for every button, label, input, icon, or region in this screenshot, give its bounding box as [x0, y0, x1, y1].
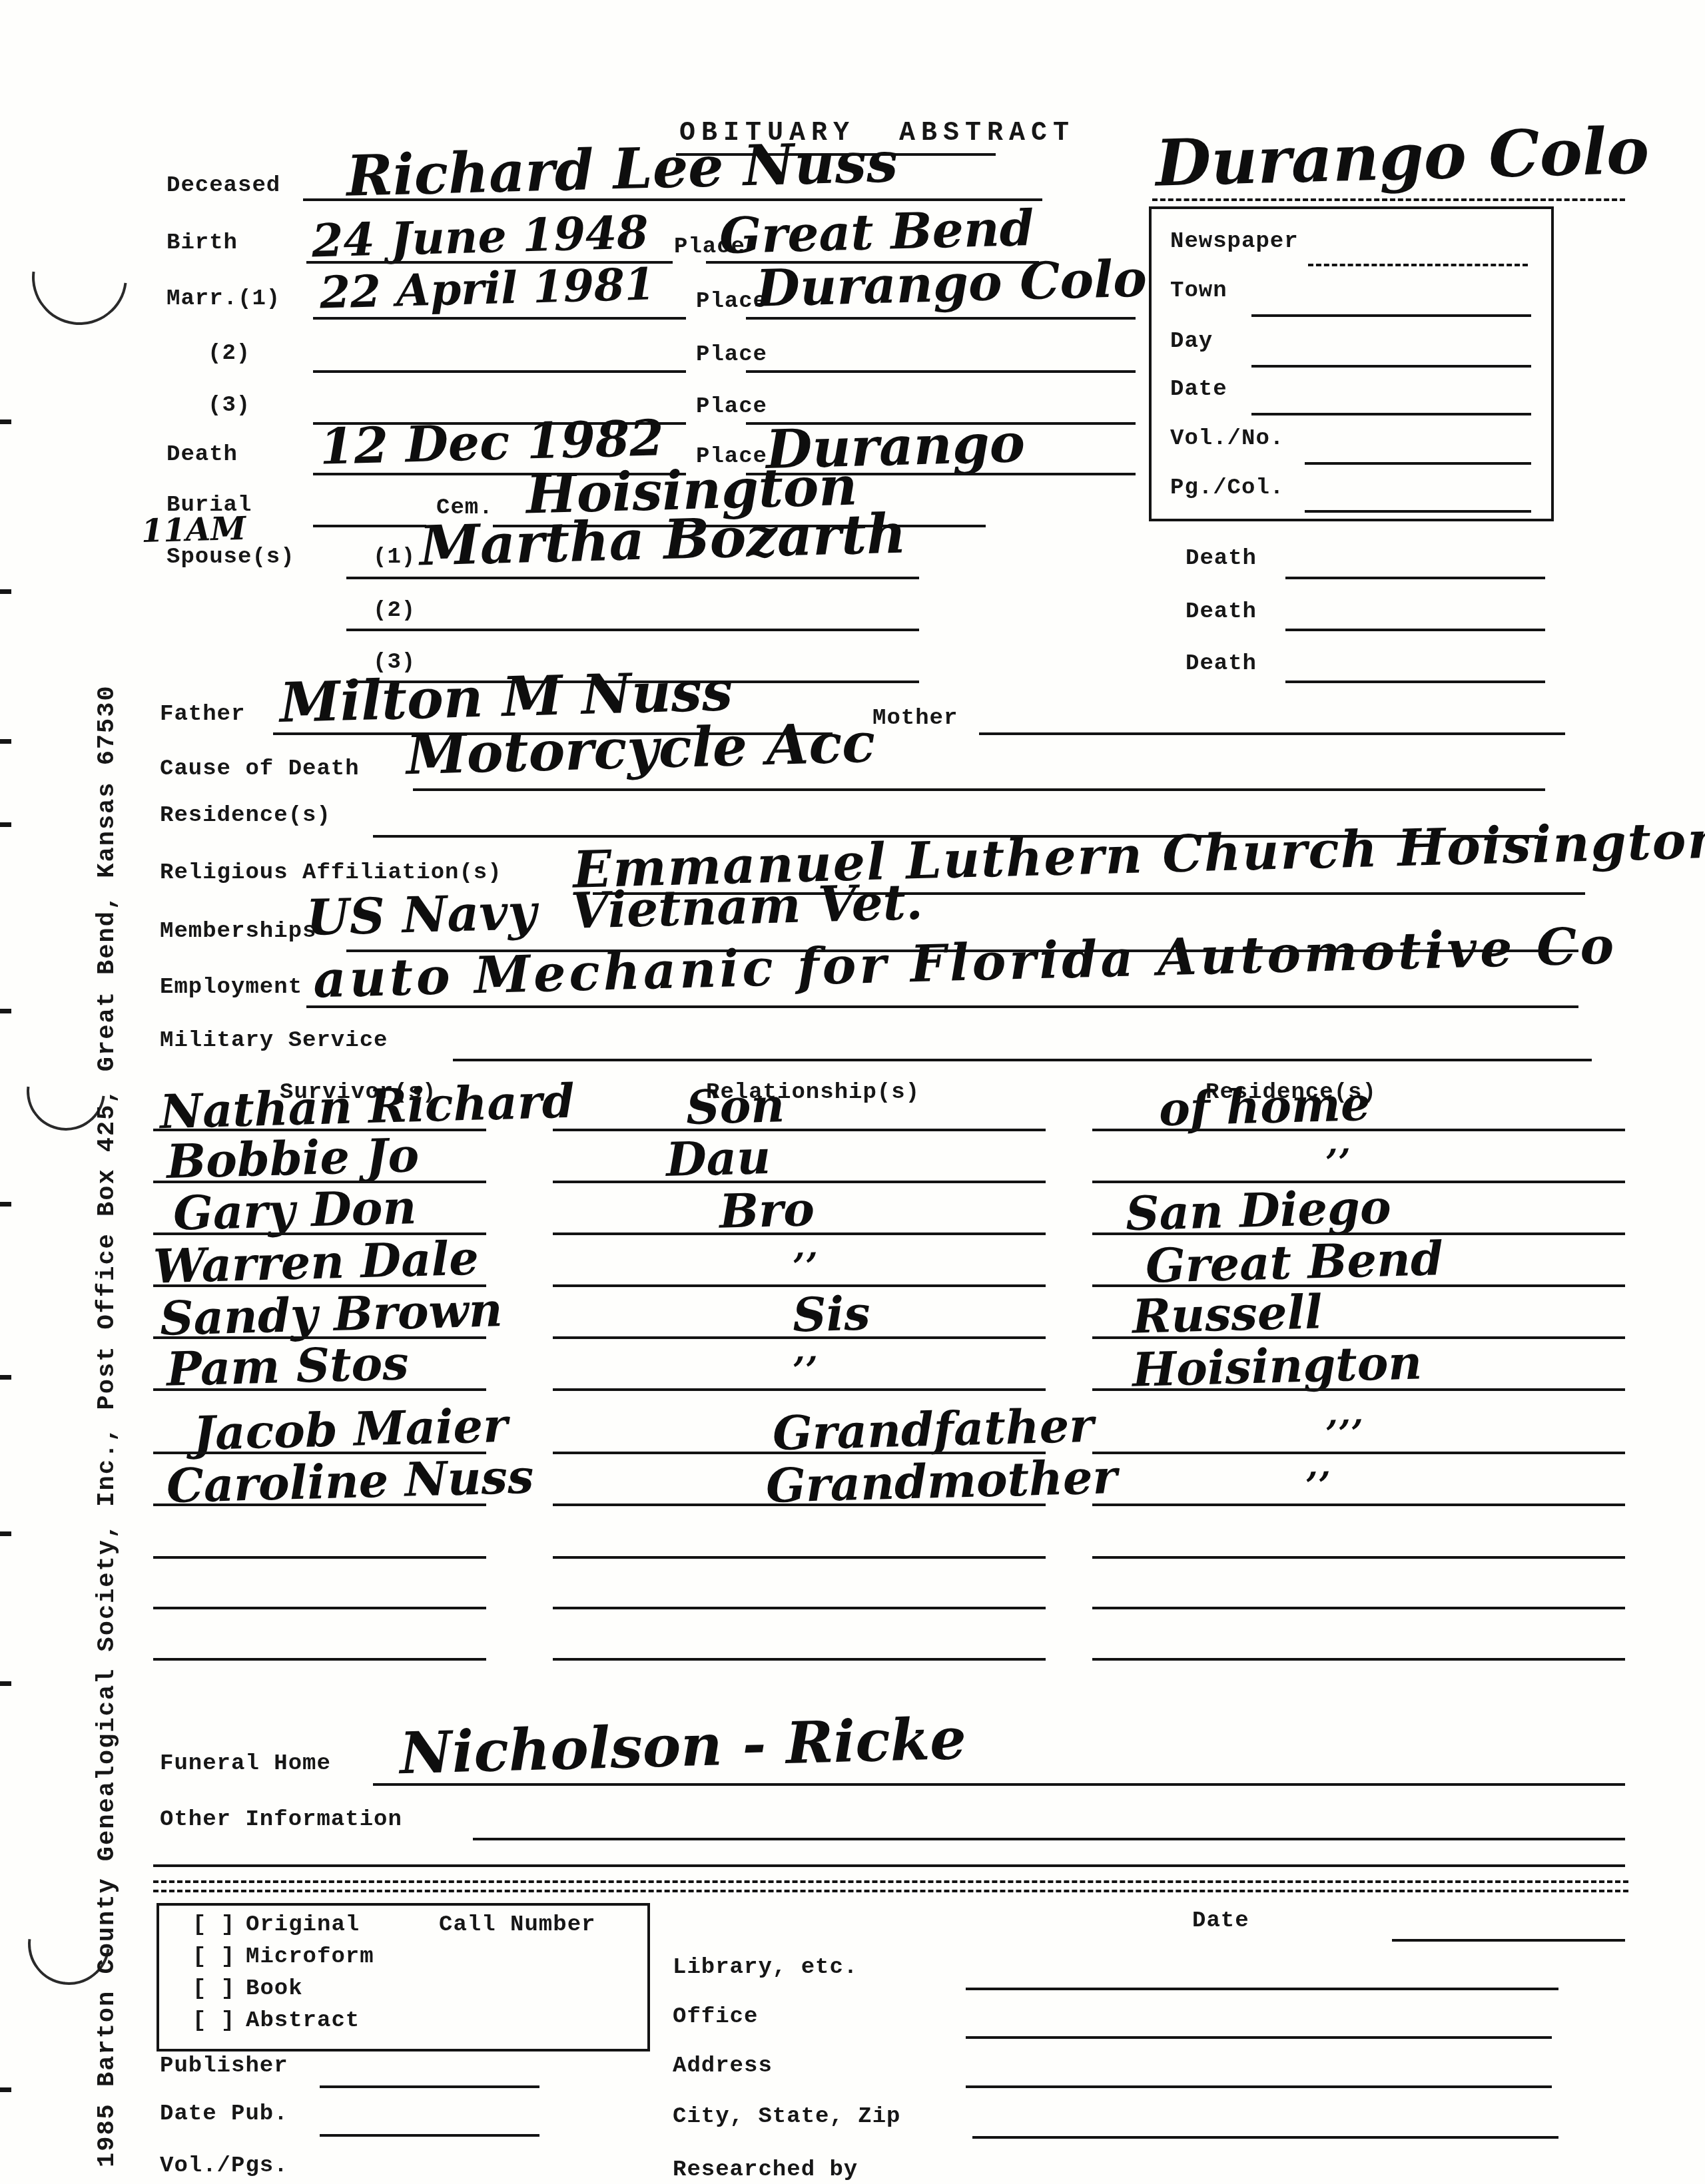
father-label: Father: [160, 702, 245, 727]
marriage1-label: Marr.(1): [167, 286, 280, 312]
survivor-relationship-handwritten: Dau: [665, 1134, 771, 1183]
original-checkbox: [ ]: [192, 1912, 235, 1938]
survivor-relationship-handwritten: ’’: [792, 1248, 819, 1285]
survivor-name-line: [153, 1503, 486, 1506]
survivor-name-line: [153, 1607, 486, 1609]
spouse2-death-line: [1285, 629, 1545, 631]
survivor-name-line: [153, 1556, 486, 1559]
researched-by-label: Researched by: [673, 2157, 858, 2183]
burial-time-handwritten: 11AM: [141, 513, 246, 547]
book-checkbox: [ ]: [192, 1976, 235, 2002]
day-label: Day: [1170, 329, 1213, 354]
funeral-home-line: [373, 1783, 1625, 1786]
section-separator-dashed: [153, 1880, 1628, 1883]
obituary-abstract-scanned-form: 1985 Barton County Genealogical Society,…: [0, 0, 1705, 2184]
survivor-name-line: [153, 1658, 486, 1661]
society-imprint-vertical-text: 1985 Barton County Genealogical Society,…: [93, 684, 121, 2167]
survivor-residence-line: [1092, 1607, 1625, 1609]
survivor-residence-line: [1092, 1503, 1625, 1506]
birth-date-handwritten: 24 June 1948: [311, 210, 649, 264]
survivor-relationship-line: [553, 1658, 1046, 1661]
spouse2-death-label: Death: [1186, 599, 1257, 625]
survivor-residence-handwritten: ’’’: [1325, 1414, 1364, 1452]
book-option-label: Book: [246, 1976, 303, 2002]
survivor-residence-line: [1092, 1556, 1625, 1559]
death-label: Death: [167, 442, 238, 467]
mother-line: [979, 732, 1565, 735]
publisher-label: Publisher: [160, 2053, 288, 2079]
newspaper-source-box: Newspaper Town Day Date Vol./No. Pg./Col…: [1149, 206, 1554, 521]
abstract-option-label: Abstract: [246, 2008, 360, 2034]
burial-line: [313, 525, 426, 527]
cause-of-death-label: Cause of Death: [160, 756, 360, 782]
survivor-residence-handwritten: Hoisington: [1132, 1339, 1423, 1393]
address-label: Address: [673, 2053, 773, 2079]
scan-artifact-tick: [0, 1375, 11, 1380]
abstract-checkbox: [ ]: [192, 2008, 235, 2034]
survivor-residence-handwritten: Russell: [1132, 1288, 1323, 1340]
spouse1-line: [346, 577, 919, 579]
section-separator-dashed: [153, 1890, 1628, 1892]
date-pub-label: Date Pub.: [160, 2101, 288, 2127]
memberships-label: Memberships: [160, 919, 316, 944]
date-pub-line: [320, 2134, 539, 2137]
survivor-residence-line: [1092, 1452, 1625, 1454]
survivor-name-handwritten: Jacob Maier: [192, 1402, 508, 1457]
survivor-name-handwritten: Nathan Richard: [159, 1078, 575, 1135]
survivor-residence-handwritten: San Diego: [1125, 1184, 1391, 1237]
marriage2-line: [313, 370, 686, 373]
date-line: [1251, 413, 1531, 415]
pg-col-label: Pg./Col.: [1170, 475, 1284, 501]
survivor-name-line: [153, 1388, 486, 1391]
military-service-label: Military Service: [160, 1028, 388, 1053]
marriage2-label: (2): [208, 341, 250, 366]
scan-artifact-tick: [0, 2087, 11, 2092]
newspaper-label: Newspaper: [1170, 229, 1299, 254]
memberships-handwritten: US Navy Vietnam Vet.: [306, 878, 923, 943]
vol-pgs-label: Vol./Pgs.: [160, 2153, 288, 2179]
survivor-name-handwritten: Pam Stos: [166, 1340, 409, 1392]
city-state-zip-line: [972, 2136, 1558, 2139]
corner-note-line: [1152, 198, 1625, 201]
survivor-relationship-line: [553, 1607, 1046, 1609]
office-label: Office: [673, 2004, 758, 2030]
survivor-relationship-line: [553, 1503, 1046, 1506]
cause-of-death-line: [413, 788, 1545, 791]
survivor-residence-handwritten: of home: [1158, 1081, 1371, 1133]
survivor-name-handwritten: Bobbie Jo: [166, 1132, 420, 1185]
town-line: [1251, 314, 1531, 317]
spouse1-death-line: [1285, 577, 1545, 579]
residence-label: Residence(s): [160, 803, 331, 828]
survivor-relationship-line: [553, 1336, 1046, 1339]
original-option-label: Original: [246, 1912, 360, 1938]
scan-artifact-tick: [0, 822, 11, 827]
survivor-relationship-handwritten: Grandmother: [765, 1454, 1118, 1509]
survivor-relationship-handwritten: Bro: [719, 1186, 815, 1235]
spouse1-num: (1): [373, 545, 416, 570]
survivor-residence-line: [1092, 1388, 1625, 1391]
section-separator-solid: [153, 1864, 1625, 1867]
deceased-line: [303, 198, 1042, 201]
marriage1-place-handwritten: Durango Colo: [755, 253, 1148, 314]
address-line: [966, 2085, 1552, 2088]
other-information-label: Other Information: [160, 1807, 402, 1832]
employment-label: Employment: [160, 975, 302, 1000]
marriage3-label: (3): [208, 393, 250, 418]
scan-artifact-tick: [0, 419, 11, 424]
vol-no-line: [1305, 462, 1531, 465]
birth-label: Birth: [167, 230, 238, 256]
survivor-residence-handwritten: ’’: [1305, 1467, 1331, 1504]
marriage2-place-line: [746, 370, 1136, 373]
religious-affiliation-label: Religious Affiliation(s): [160, 860, 502, 886]
survivor-relationship-line: [553, 1388, 1046, 1391]
survivor-name-handwritten: Warren Dale: [153, 1235, 479, 1290]
deceased-label: Deceased: [167, 173, 280, 198]
scan-artifact-tick: [0, 1202, 11, 1207]
newspaper-line: [1308, 264, 1528, 266]
microform-option-label: Microform: [246, 1944, 374, 1970]
survivor-relationship-line: [553, 1556, 1046, 1559]
spouse2-line: [346, 629, 919, 631]
day-line: [1251, 365, 1531, 368]
survivor-name-handwritten: Caroline Nuss: [166, 1454, 534, 1509]
mother-label: Mother: [872, 706, 958, 731]
survivor-relationship-handwritten: Sis: [792, 1290, 870, 1338]
marriage1-place-line: [746, 317, 1136, 320]
scan-artifact-tick: [0, 1531, 11, 1536]
city-state-zip-label: City, State, Zip: [673, 2104, 900, 2129]
spouse1-name-handwritten: Martha Bozarth: [419, 506, 907, 573]
repository-date-line: [1392, 1939, 1625, 1942]
spouse3-death-label: Death: [1186, 651, 1257, 677]
scan-artifact-tick: [0, 739, 11, 744]
survivor-residence-handwritten: ’’: [1325, 1144, 1351, 1181]
library-label: Library, etc.: [673, 1955, 858, 1980]
source-type-box: [ ] Original Call Number [ ] Microform […: [157, 1903, 650, 2051]
date-label: Date: [1170, 377, 1227, 402]
survivor-name-handwritten: Sandy Brown: [159, 1286, 503, 1342]
marriage1-date-handwritten: 22 April 1981: [319, 262, 655, 314]
funeral-home-label: Funeral Home: [160, 1751, 331, 1776]
office-line: [966, 2036, 1552, 2039]
repository-date-label: Date: [1192, 1908, 1249, 1934]
microform-checkbox: [ ]: [192, 1944, 235, 1970]
call-number-label: Call Number: [439, 1912, 595, 1938]
library-line: [966, 1988, 1558, 1990]
hole-punch-mark: [13, 210, 147, 344]
publisher-line: [320, 2085, 539, 2088]
spouse1-death-label: Death: [1186, 546, 1257, 571]
military-service-line: [453, 1059, 1592, 1061]
scan-artifact-tick: [0, 589, 11, 594]
survivor-relationship-handwritten: Grandfather: [772, 1402, 1094, 1458]
funeral-home-handwritten: Nicholson - Ricke: [399, 1711, 967, 1782]
spouses-label: Spouse(s): [167, 545, 295, 570]
vol-no-label: Vol./No.: [1170, 426, 1284, 451]
scan-artifact-tick: [0, 1681, 11, 1686]
pg-col-line: [1305, 510, 1531, 513]
survivor-name-handwritten: Gary Don: [172, 1184, 417, 1237]
spouse3-death-line: [1285, 681, 1545, 683]
scan-artifact-tick: [0, 1009, 11, 1013]
survivor-residence-line: [1092, 1129, 1625, 1131]
survivor-relationship-line: [553, 1129, 1046, 1131]
survivor-residence-handwritten: Great Bend: [1145, 1235, 1443, 1290]
survivor-relationship-handwritten: Son: [685, 1082, 785, 1131]
cause-of-death-handwritten: Motorcycle Acc: [406, 716, 876, 782]
survivor-relationship-line: [553, 1232, 1046, 1235]
spouse2-num: (2): [373, 598, 416, 623]
marriage2-place-label: Place: [696, 342, 767, 368]
employment-line: [306, 1005, 1578, 1008]
marriage3-place-label: Place: [696, 394, 767, 419]
corner-note-handwritten: Durango Colo: [1155, 119, 1650, 195]
survivor-relationship-handwritten: ’’: [792, 1352, 819, 1389]
deceased-name-handwritten: Richard Lee Nuss: [346, 134, 898, 204]
town-label: Town: [1170, 278, 1227, 304]
other-information-line: [473, 1838, 1625, 1840]
marriage1-line: [313, 317, 686, 320]
survivor-residence-line: [1092, 1284, 1625, 1287]
survivor-residence-line: [1092, 1658, 1625, 1661]
